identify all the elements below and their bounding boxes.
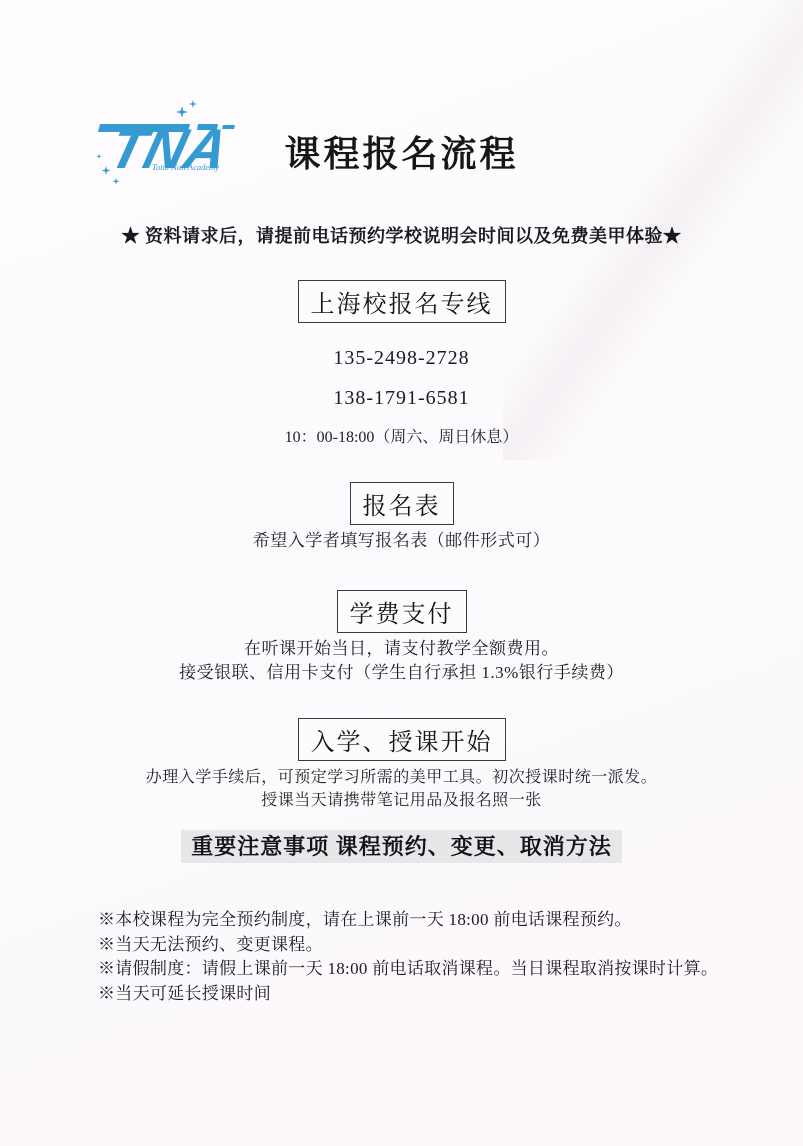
note-item: ※当天可延长授课时间 [98,982,748,1007]
tuition-instruction-2: 接受银联、信用卡支付（学生自行承担 1.3%银行手续费） [0,658,803,683]
hotline-phone-1: 135-2498-2728 [0,347,803,370]
intro-note: ★ 资料请求后，请提前电话预约学校说明会时间以及免费美甲体验★ [0,222,803,248]
registration-instruction: 希望入学者填写报名表（邮件形式可） [0,526,803,551]
hotline-section-heading: 上海校报名专线 [0,280,803,323]
enrollment-box-label: 入学、授课开始 [298,718,506,761]
hotline-phone-2: 138-1791-6581 [0,387,803,410]
important-notice-heading-text: 重要注意事项 课程预约、变更、取消方法 [181,830,622,863]
enrollment-instruction-2: 授课当天请携带笔记用品及报名照一张 [0,787,803,810]
enrollment-section-heading: 入学、授课开始 [0,718,803,761]
note-item: ※请假制度：请假上课前一天 18:00 前电话取消课程。当日课程取消按课时计算。 [98,957,748,982]
tuition-section-heading: 学费支付 [0,590,803,633]
hotline-hours: 10：00-18:00（周六、周日休息） [0,424,803,447]
tuition-box-label: 学费支付 [337,590,467,633]
registration-box-label: 报名表 [350,482,454,525]
note-item: ※当天无法预约、变更课程。 [98,933,748,958]
important-notice-heading: 重要注意事项 课程预约、变更、取消方法 [0,830,803,861]
important-notes-list: ※本校课程为完全预约制度，请在上课前一天 18:00 前电话课程预约。 ※当天无… [98,908,748,1007]
scanned-document-page: TNA Total Nail Academy 课程报名流程 ★ 资料请求后，请提… [0,0,803,1146]
registration-section-heading: 报名表 [0,482,803,525]
tuition-instruction-1: 在听课开始当日，请支付教学全额费用。 [0,634,803,659]
note-item: ※本校课程为完全预约制度，请在上课前一天 18:00 前电话课程预约。 [98,908,748,933]
hotline-box-label: 上海校报名专线 [298,280,506,323]
page-title: 课程报名流程 [0,126,803,177]
enrollment-instruction-1: 办理入学手续后，可预定学习所需的美甲工具。初次授课时统一派发。 [0,764,803,787]
